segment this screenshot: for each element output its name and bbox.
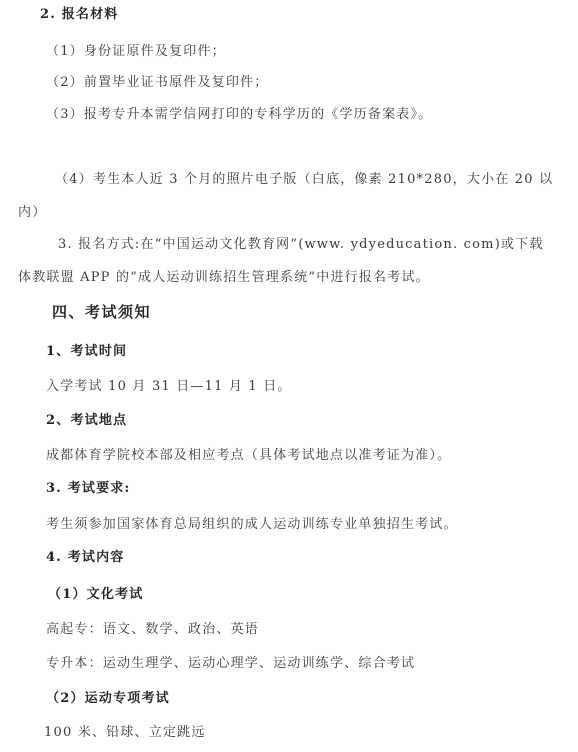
registration-method-line1: 3. 报名方式:在“中国运动文化教育网”(www. ydyeducation. … [58, 236, 544, 254]
exam-content-heading: 4. 考试内容 [46, 549, 125, 567]
exam-place-text: 成都体育学院校本部及相应考点（具体考试地点以准考证为准）。 [46, 447, 451, 465]
materials-item-4-cont: 内） [18, 204, 46, 222]
registration-method-line2: 体教联盟 APP 的“成人运动训练招生管理系统”中进行报名考试。 [18, 269, 430, 287]
exam-requirement-heading: 3. 考试要求: [46, 480, 131, 498]
materials-item-2: （2）前置毕业证书原件及复印件； [46, 74, 268, 92]
exam-notice-heading: 四、考试须知 [52, 303, 151, 321]
sport-exam-heading: （2）运动专项考试 [46, 690, 170, 708]
culture-exam-gqz: 高起专：语文、数学、政治、英语 [46, 621, 259, 639]
exam-place-heading: 2、考试地点 [46, 412, 127, 430]
culture-exam-zsb: 专升本：运动生理学、运动心理学、运动训练学、综合考试 [46, 655, 415, 673]
sport-exam-text: 100 米、铅球、立定跳远 [44, 724, 206, 742]
culture-exam-heading: （1）文化考试 [48, 586, 143, 604]
exam-time-text: 入学考试 10 月 31 日—11 月 1 日。 [46, 378, 292, 396]
exam-requirement-text: 考生须参加国家体育总局组织的成人运动训练专业单独招生考试。 [46, 516, 458, 534]
materials-item-1: （1）身份证原件及复印件； [46, 43, 226, 61]
materials-item-4: （4）考生本人近 3 个月的照片电子版（白底，像素 210*280，大小在 20… [55, 171, 553, 189]
materials-heading: 2. 报名材料 [40, 6, 119, 24]
exam-time-heading: 1、考试时间 [46, 343, 127, 361]
materials-item-3: （3）报考专升本需学信网打印的专科学历的《学历备案表》。 [46, 106, 432, 124]
